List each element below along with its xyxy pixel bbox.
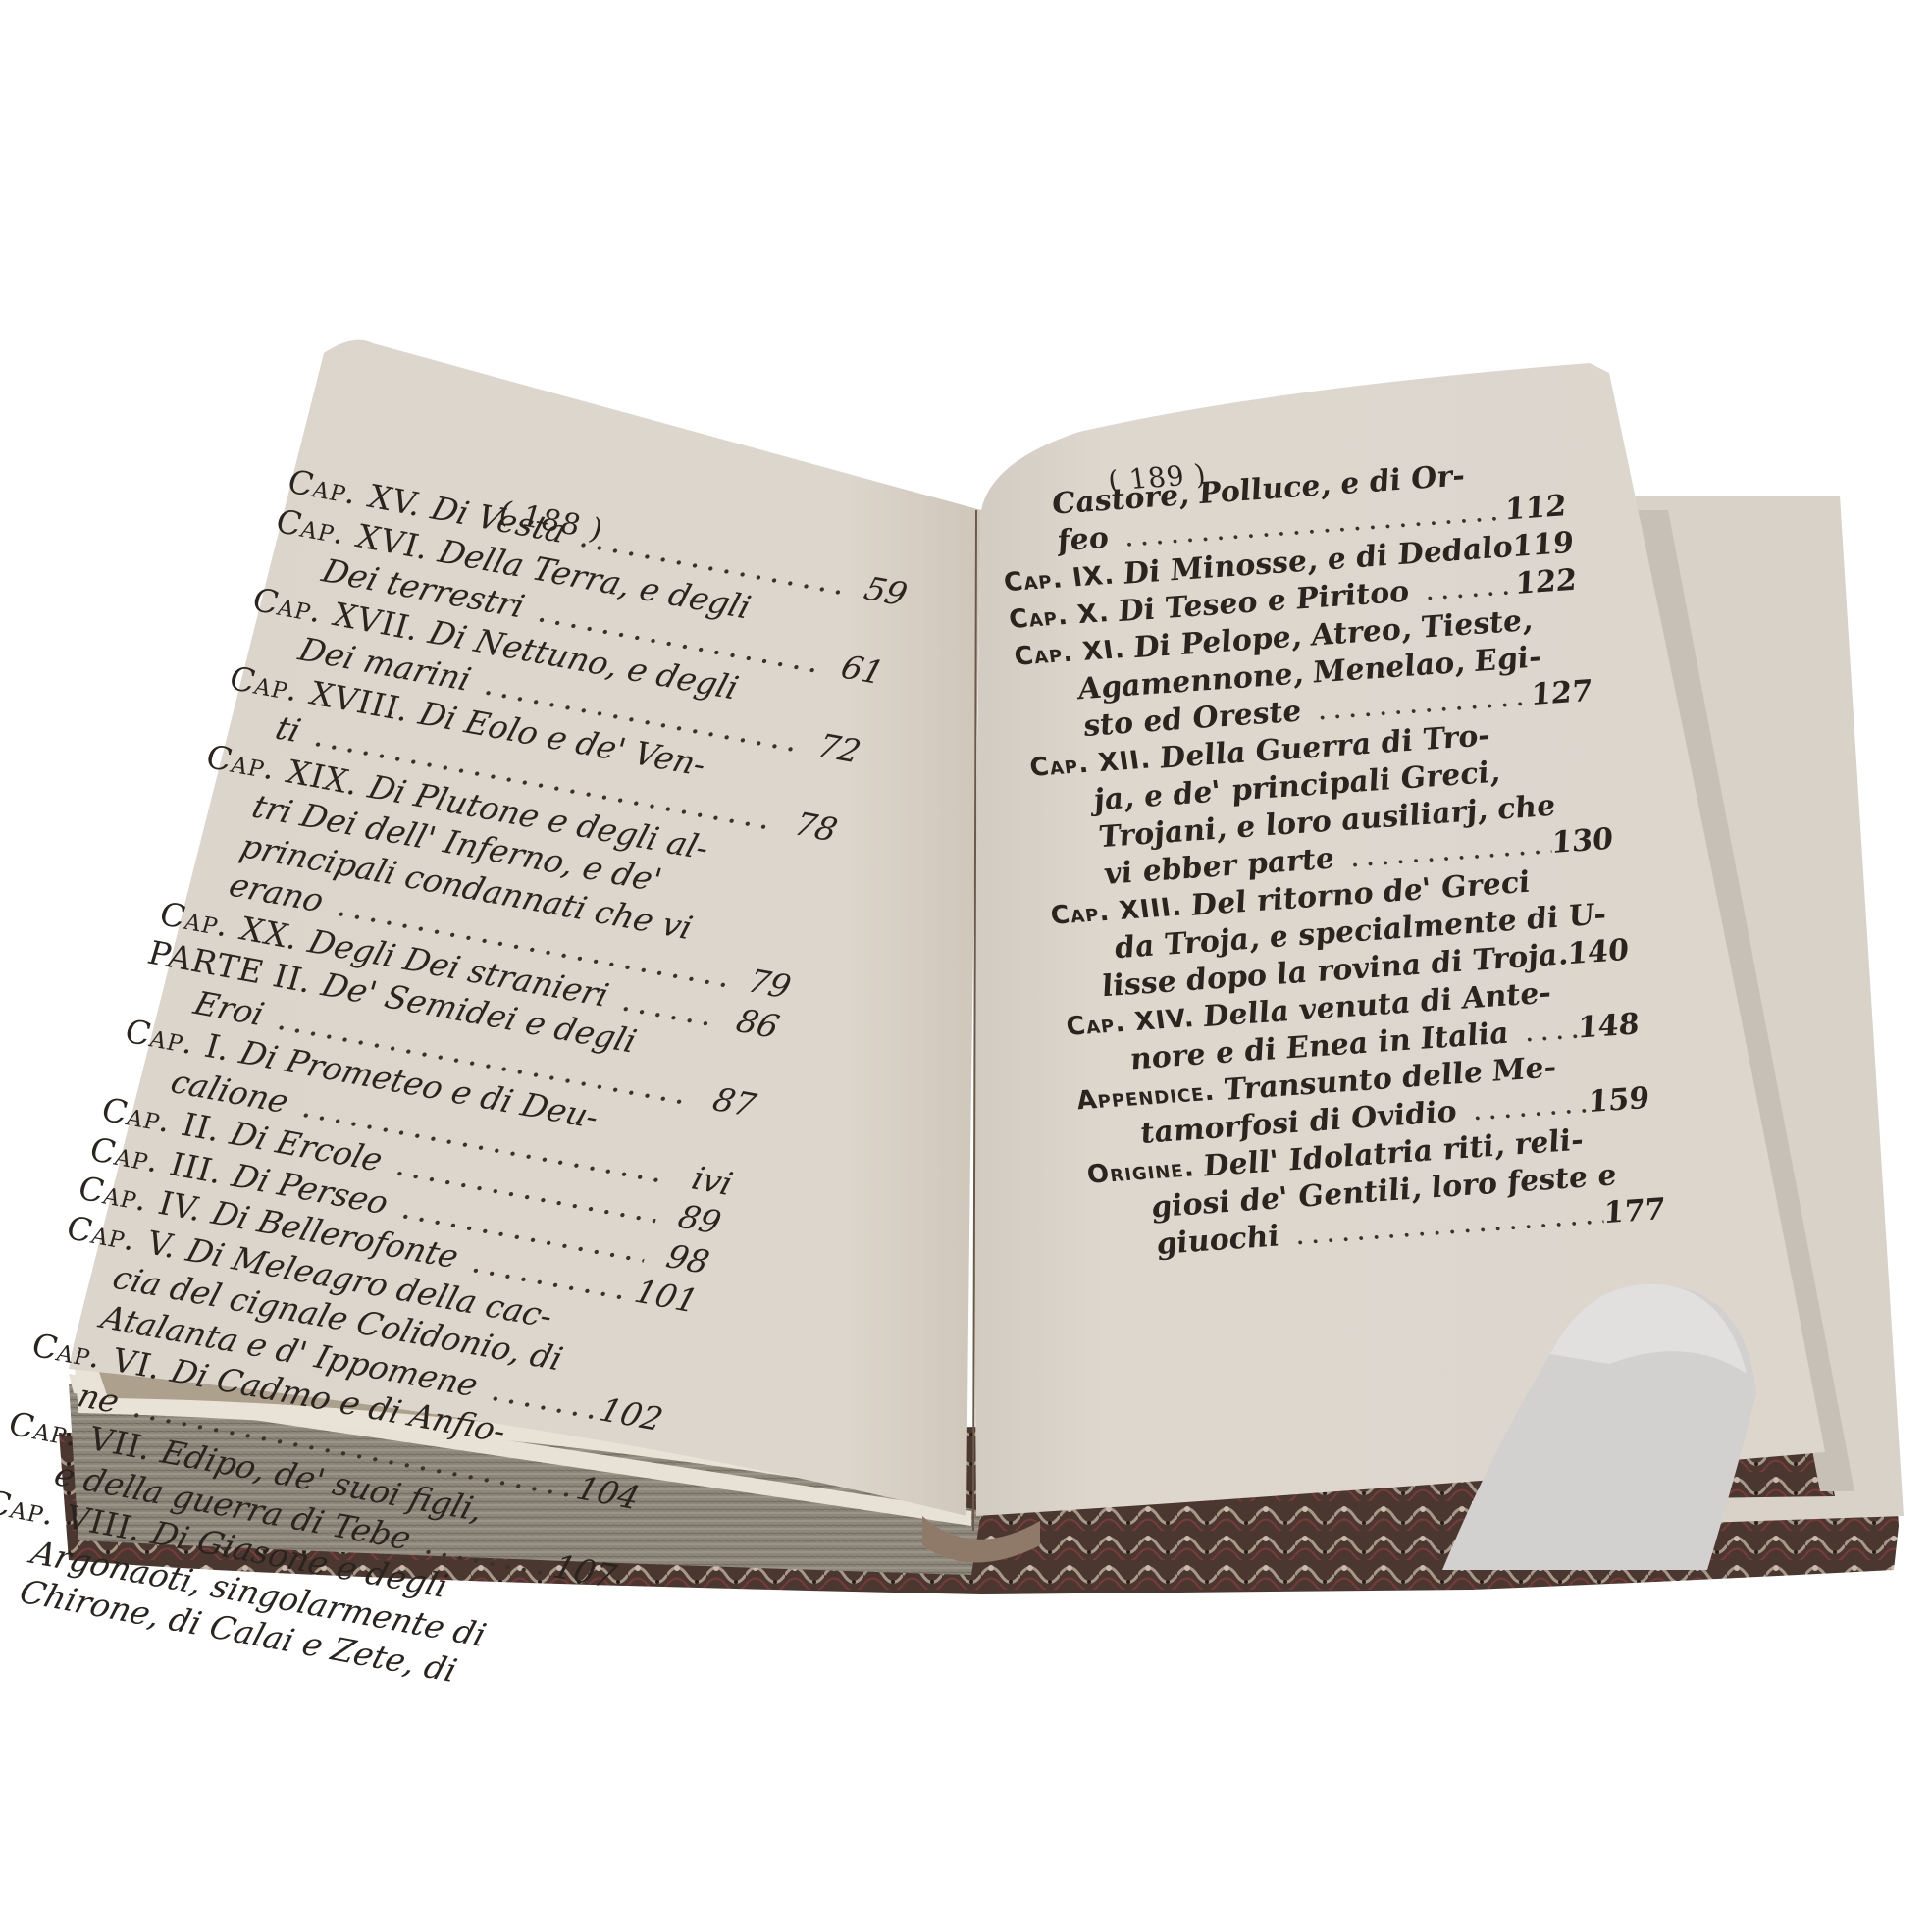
indent	[996, 524, 1060, 565]
indent	[1079, 1116, 1143, 1157]
page-number: 112	[1501, 488, 1569, 529]
entry-title: feo	[1055, 520, 1111, 560]
page-number: 140	[1565, 932, 1632, 973]
indent	[991, 487, 1055, 528]
indent	[1059, 968, 1105, 1009]
leader-dots: ........................................…	[1506, 1011, 1580, 1053]
indent	[1018, 671, 1081, 712]
page-number: 177	[1600, 1191, 1668, 1232]
page-number: 148	[1574, 1006, 1642, 1047]
indent	[1070, 1042, 1133, 1083]
indent	[1095, 1227, 1159, 1268]
page-number: 119	[1510, 525, 1577, 566]
indent	[1038, 819, 1102, 861]
indent	[1043, 857, 1107, 898]
page-number: 122	[1512, 562, 1580, 603]
right-page-index: ( 189 ) Castore, Polluce, e di Or-feo ..…	[991, 451, 1668, 1269]
indent	[1090, 1190, 1154, 1231]
page-number: 159	[1585, 1080, 1652, 1122]
indent	[1022, 708, 1086, 750]
page-number: 130	[1548, 821, 1616, 862]
book-photo: ( 188 ) Cap. XV. Di Vesta ..............…	[0, 0, 1932, 1932]
indent	[1032, 783, 1096, 824]
indent	[1054, 930, 1118, 971]
page-number: 127	[1528, 673, 1595, 714]
